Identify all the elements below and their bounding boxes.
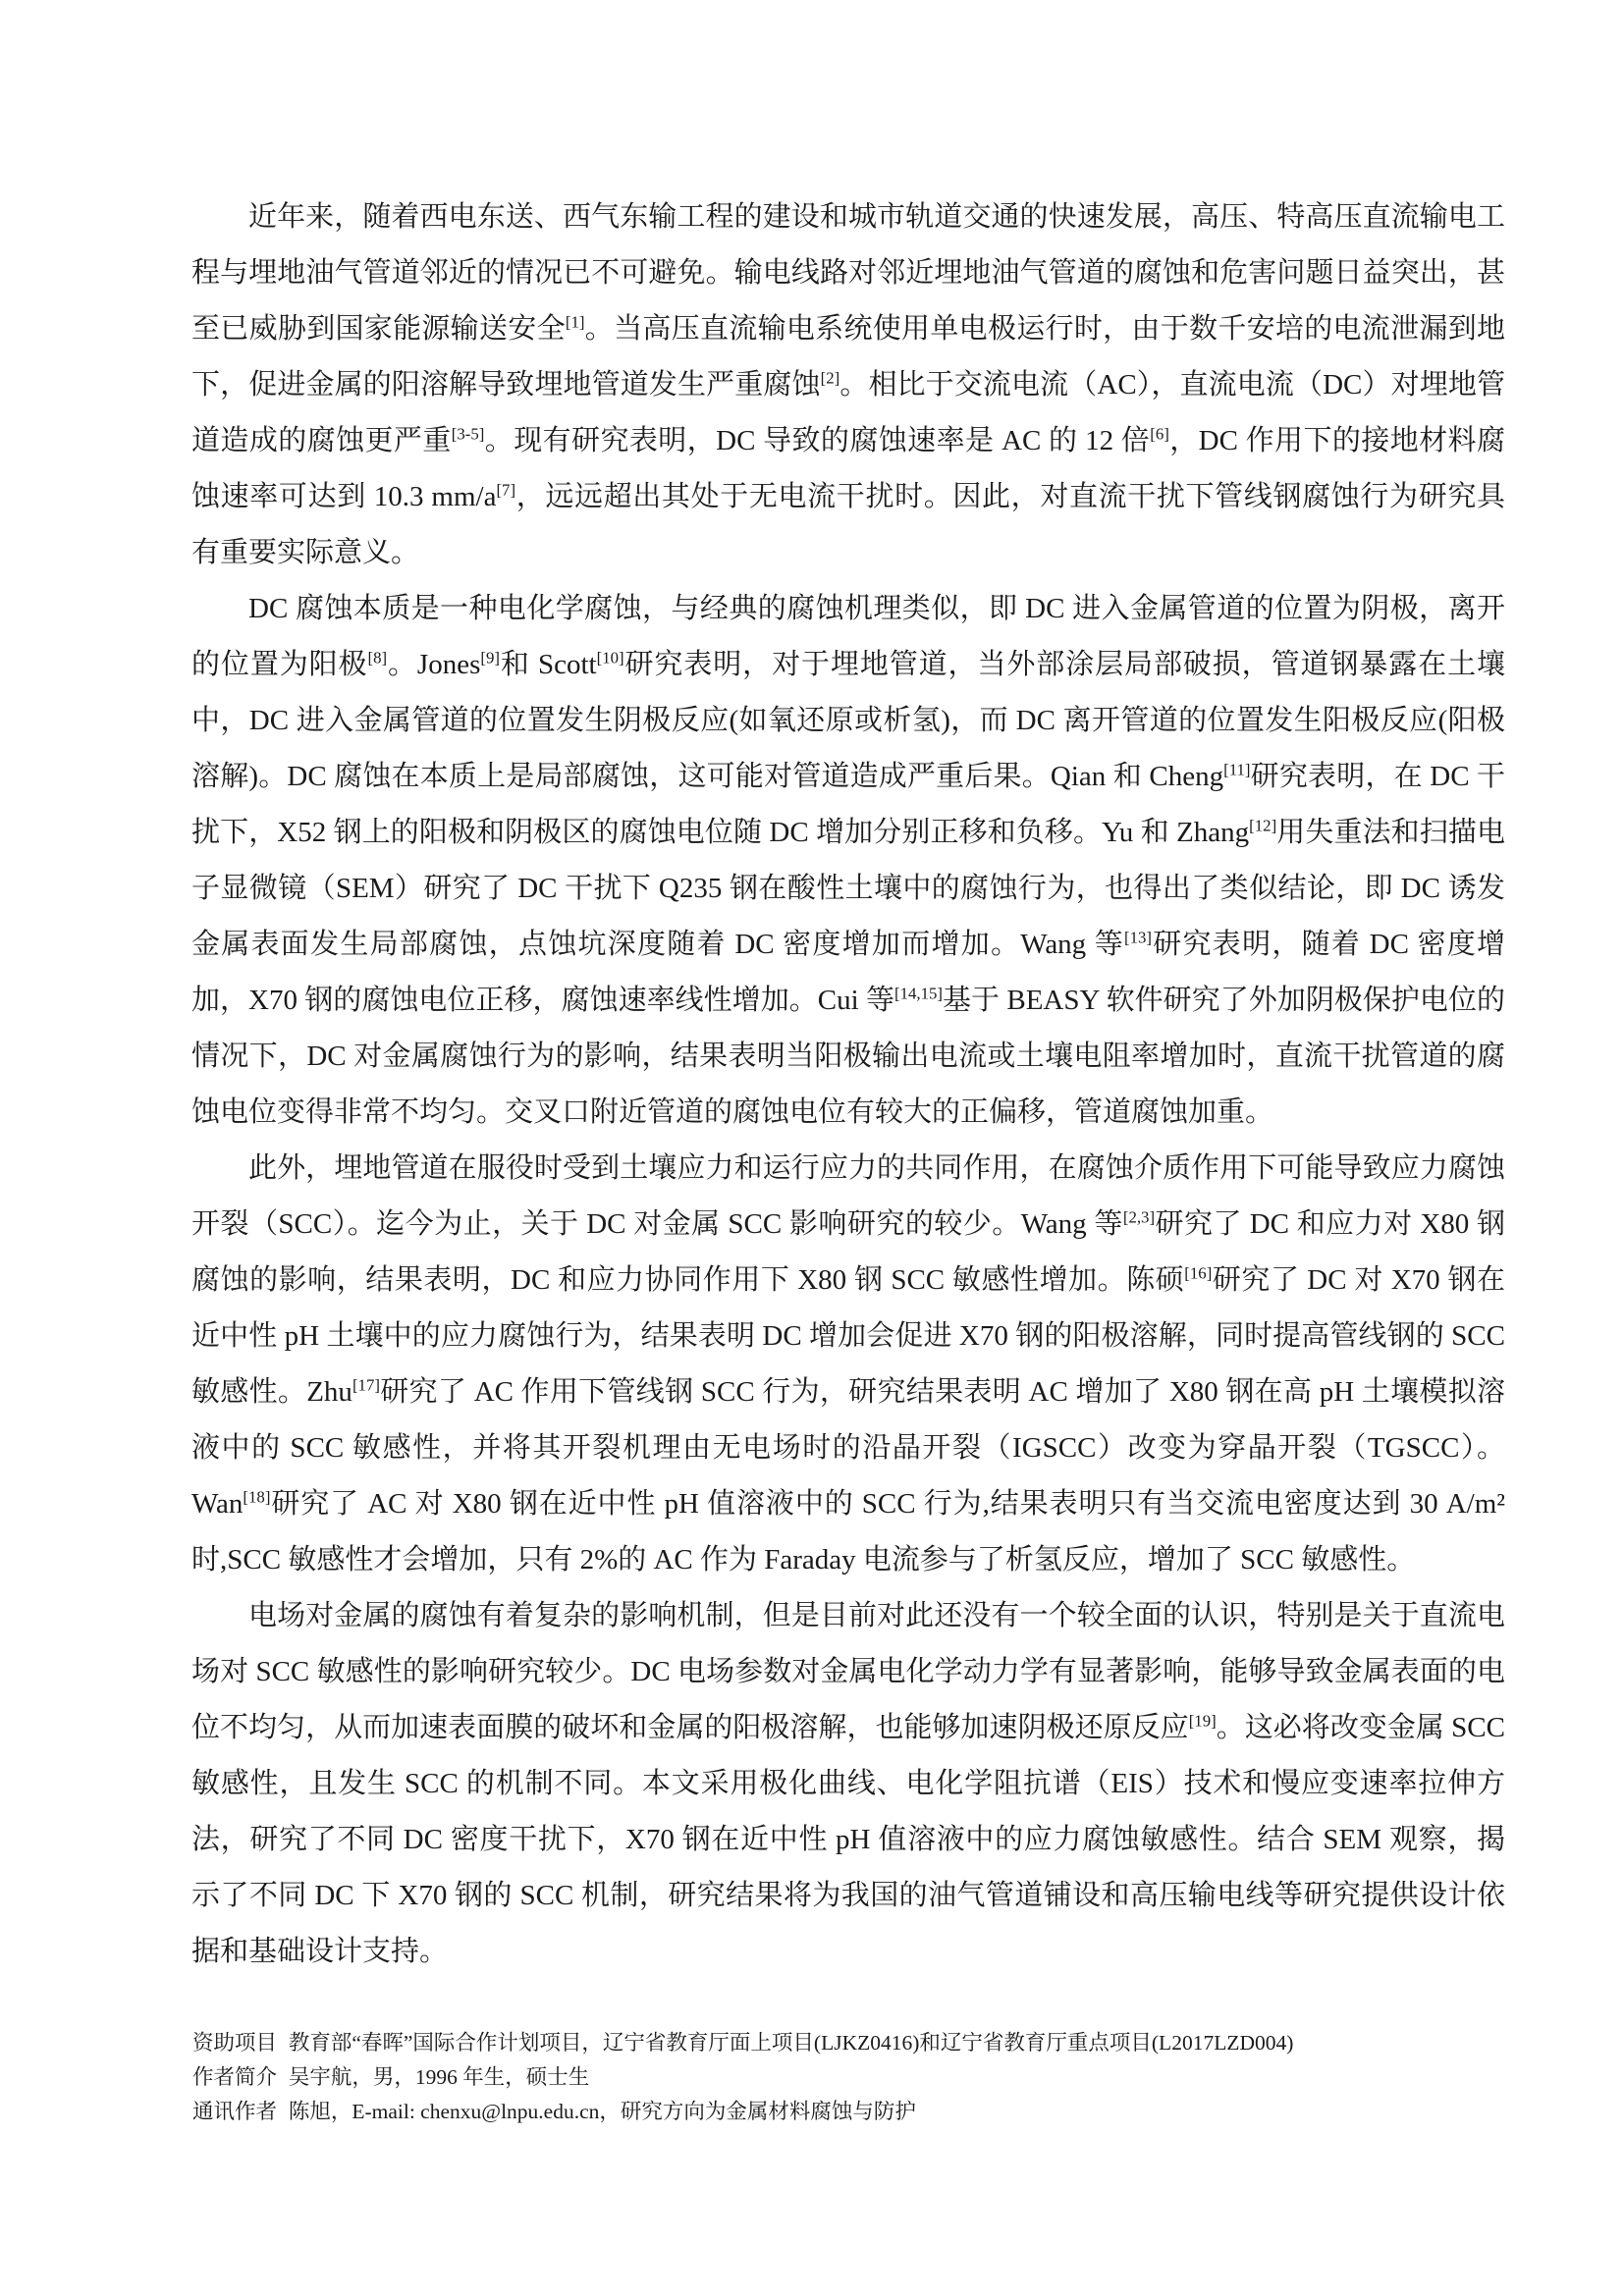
footnotes-block: 资助项目教育部“春晖”国际合作计划项目，辽宁省教育厅面上项目(LJKZ0416)…: [192, 2026, 1510, 2129]
footnote-funding-label: 资助项目: [192, 2031, 277, 2055]
citation-superscript: [10]: [597, 648, 624, 667]
citation-superscript: [14,15]: [894, 984, 943, 1002]
citation-superscript: [13]: [1124, 928, 1152, 946]
citation-superscript: [2,3]: [1123, 1207, 1155, 1226]
footnote-funding-text: 教育部“春晖”国际合作计划项目，辽宁省教育厅面上项目(LJKZ0416)和辽宁省…: [289, 2031, 1294, 2055]
citation-superscript: [11]: [1223, 760, 1250, 778]
citation-superscript: [12]: [1249, 816, 1276, 834]
footnote-corresponding-author-text: 陈旭，E-mail: chenxu@lnpu.edu.cn，研究方向为金属材料腐…: [289, 2100, 916, 2123]
paragraph-scc-research: 此外，埋地管道在服役时受到土壤应力和运行应力的共同作用，在腐蚀介质作用下可能导致…: [191, 1141, 1505, 1588]
citation-superscript: [7]: [496, 480, 515, 499]
citation-superscript: [3-5]: [452, 424, 485, 443]
citation-superscript: [6]: [1150, 424, 1169, 443]
citation-superscript: [17]: [352, 1375, 380, 1394]
document-page: 近年来，随着西电东送、西气东输工程的建设和城市轨道交通的快速发展，高压、特高压直…: [0, 0, 1624, 2296]
citation-superscript: [9]: [480, 648, 500, 667]
article-body: 近年来，随着西电东送、西气东输工程的建设和城市轨道交通的快速发展，高压、特高压直…: [191, 189, 1505, 1980]
footnote-author-bio-label: 作者简介: [192, 2065, 277, 2089]
citation-superscript: [16]: [1184, 1263, 1212, 1282]
paragraph-study-purpose: 电场对金属的腐蚀有着复杂的影响机制，但是目前对此还没有一个较全面的认识，特别是关…: [191, 1588, 1505, 1980]
footnote-author-bio-text: 吴宇航，男，1996 年生，硕士生: [289, 2065, 589, 2089]
citation-superscript: [1]: [566, 312, 585, 331]
footnote-author-bio: 作者简介吴宇航，男，1996 年生，硕士生: [192, 2060, 1510, 2095]
footnote-corresponding-author: 通讯作者陈旭，E-mail: chenxu@lnpu.edu.cn，研究方向为金…: [192, 2095, 1510, 2129]
footnote-corresponding-author-label: 通讯作者: [192, 2100, 277, 2123]
citation-superscript: [19]: [1189, 1711, 1217, 1730]
citation-superscript: [8]: [367, 648, 387, 667]
footnote-funding: 资助项目教育部“春晖”国际合作计划项目，辽宁省教育厅面上项目(LJKZ0416)…: [192, 2026, 1510, 2060]
paragraph-dc-corrosion-mechanism: DC 腐蚀本质是一种电化学腐蚀，与经典的腐蚀机理类似，即 DC 进入金属管道的位…: [191, 581, 1505, 1141]
citation-superscript: [2]: [821, 368, 840, 387]
citation-superscript: [18]: [243, 1487, 270, 1506]
paragraph-intro-background: 近年来，随着西电东送、西气东输工程的建设和城市轨道交通的快速发展，高压、特高压直…: [191, 189, 1505, 581]
